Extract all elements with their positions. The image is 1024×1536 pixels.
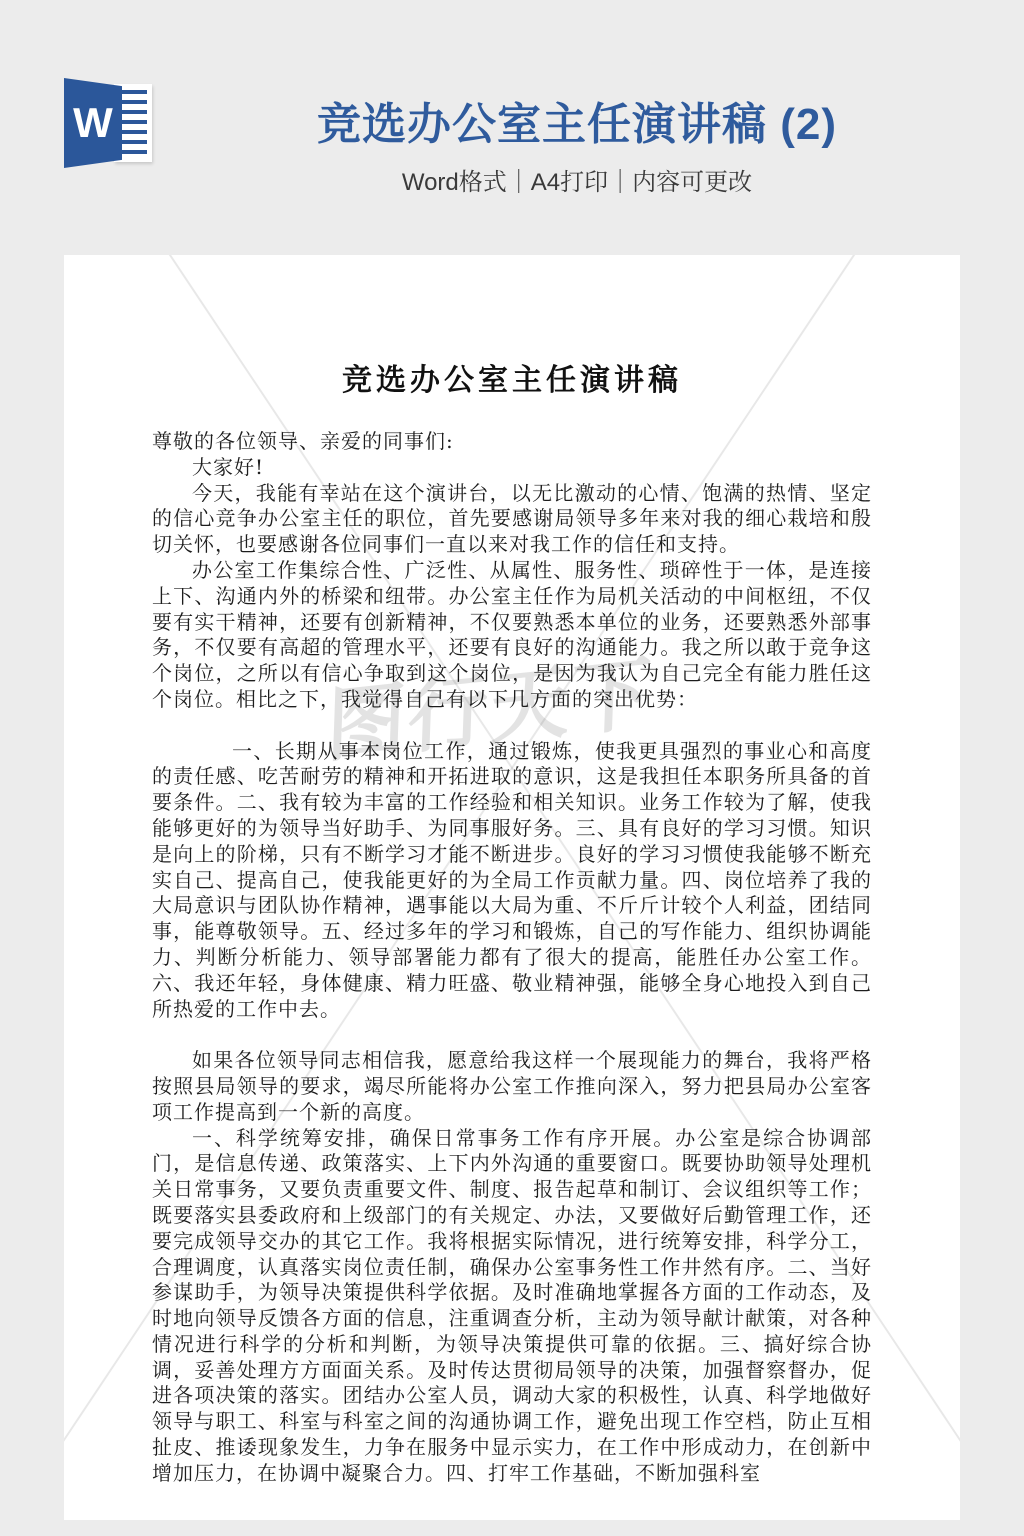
document-page: 图行天下 竞选办公室主任演讲稿 尊敬的各位领导、亲爱的同事们:大家好!今天，我能… [64,255,960,1520]
header-subtitle: Word格式｜A4打印｜内容可更改 [130,162,1024,197]
paragraph: 一、长期从事本岗位工作，通过锻炼，使我更具强烈的事业心和高度的责任感、吃苦耐劳的… [152,739,872,1023]
screenshot-root: { "colors": { "accent": "#2f5b9d", "bran… [0,0,1024,1536]
document-title: 竞选办公室主任演讲稿 [64,355,960,399]
word-letter: W [73,102,113,144]
header-titles: 竞选办公室主任演讲稿 (2) Word格式｜A4打印｜内容可更改 [130,88,1024,197]
document-body: 尊敬的各位领导、亲爱的同事们:大家好!今天，我能有幸站在这个演讲台，以无比激动的… [64,429,960,1487]
word-flag: W [64,78,122,168]
paragraph: 今天，我能有幸站在这个演讲台，以无比激动的心情、饱满的热情、坚定的信心竞争办公室… [152,481,872,558]
paragraph: 尊敬的各位领导、亲爱的同事们: [152,429,872,455]
preview-header: W 竞选办公室主任演讲稿 (2) Word格式｜A4打印｜内容可更改 [0,0,1024,255]
paragraph: 大家好! [152,455,872,481]
page-title: 竞选办公室主任演讲稿 (2) [130,88,1024,152]
paragraph: 一、科学统筹安排，确保日常事务工作有序开展。办公室是综合协调部门，是信息传递、政… [152,1126,872,1487]
paragraph: 办公室工作集综合性、广泛性、从属性、服务性、琐碎性于一体，是连接上下、沟通内外的… [152,558,872,713]
paragraph: 如果各位领导同志相信我，愿意给我这样一个展现能力的舞台，我将严格按照县局领导的要… [152,1048,872,1125]
